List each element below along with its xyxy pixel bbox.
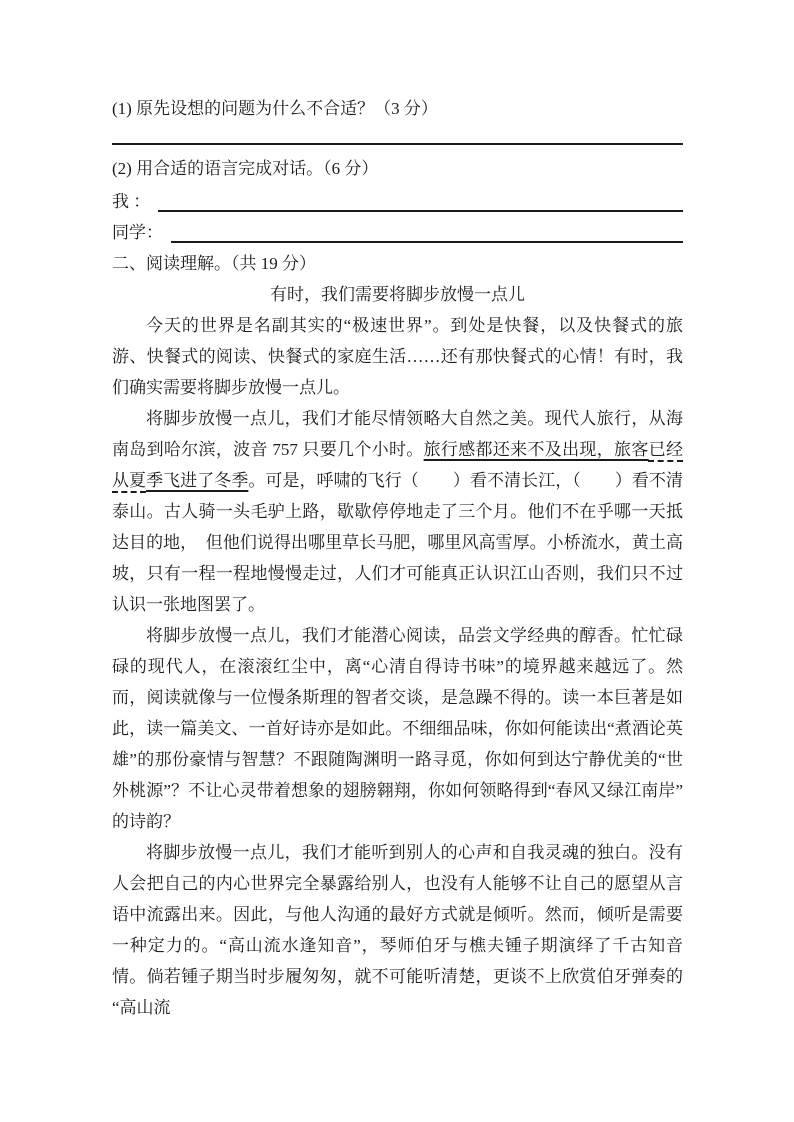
essay-paragraph-3: 将脚步放慢一点儿，我们才能潜心阅读，品尝文学经典的醇香。忙忙碌碌的现代人，在滚滚… [112,620,683,837]
underlined-phrase: 季飞进了冬季 [146,471,248,490]
question-1-text: (1) 原先设想的问题为什么不合适？（3 分） [112,93,683,124]
question-1-answer-line[interactable] [112,143,683,145]
dialog-me-label: 我 ： [112,186,150,217]
document-page: (1) 原先设想的问题为什么不合适？（3 分） (2) 用合适的语言完成对话。（… [0,0,794,1122]
essay-paragraph-2: 将脚步放慢一点儿，我们才能尽情领略大自然之美。现代人旅行，从海南岛到哈尔滨，波音… [112,403,683,620]
question-2-text: (2) 用合适的语言完成对话。（6 分） [112,153,683,184]
essay-paragraph-4: 将脚步放慢一点儿，我们才能听到别人的心声和自我灵魂的独白。没有人会把自己的内心世… [112,837,683,1023]
section-2-heading: 二、阅读理解。（共 19 分） [112,248,683,279]
dialog-row-me: 我 ： [112,186,683,217]
dialog-classmate-label: 同学： [112,217,163,248]
underlined-phrase: 旅行感都还来不及出现，旅客 [424,440,649,459]
essay-paragraph-1: 今天的世界是名副其实的“极速世界”。到处是快餐，以及快餐式的旅游、快餐式的阅读、… [112,310,683,403]
dialog-row-classmate: 同学： [112,217,683,248]
dialog-classmate-answer-line[interactable] [171,217,683,243]
essay-title: 有时，我们需要将脚步放慢一点儿 [112,279,683,310]
dialog-me-answer-line[interactable] [158,186,683,212]
paragraph-2-text: 。可是，呼啸的飞行（ ）看不清长江，（ ）看不清泰山。古人骑一头毛驴上路，歇歇停… [112,471,683,614]
